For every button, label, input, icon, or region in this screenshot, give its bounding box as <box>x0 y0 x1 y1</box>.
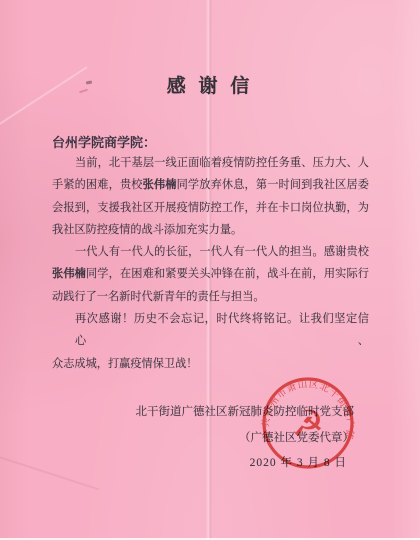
body-text: 同学，在困难和紧要关头冲锋在前，战斗在前，用实际行 <box>86 268 369 280</box>
letter-title: 感 谢 信 <box>0 71 420 98</box>
body-line: 我社区防控疫情的战斗添加充实力量。 <box>52 219 369 241</box>
body-line: 动践行了一名新时代新青年的责任与担当。 <box>52 286 369 308</box>
body-text: 当前，北干基层一线正面临着疫情防控任务重、压力大、人 <box>75 157 369 169</box>
letter-body: 当前，北干基层一线正面临着疫情防控任务重、压力大、人手紧的困难，贵校张伟楠同学放… <box>52 152 369 375</box>
body-text: 动践行了一名新时代新青年的责任与担当。 <box>52 291 265 303</box>
letter-paper: 感 谢 信 台州学院商学院： 当前，北干基层一线正面临着疫情防控任务重、压力大、… <box>0 0 420 540</box>
body-line: 张伟楠同学，在困难和紧要关头冲锋在前，战斗在前，用实际行 <box>52 263 369 285</box>
hammer-sickle-icon: ☭ <box>292 404 324 445</box>
body-line: 当前，北干基层一线正面临着疫情防控任务重、压力大、人 <box>52 152 369 174</box>
body-text: 会报到，支援我社区开展疫情防控工作，并在卡口岗位执勤，为 <box>52 202 369 214</box>
body-text: 再次感谢！历史不会忘记，时代终将铭记。让我们坚定信心、 <box>75 313 369 347</box>
body-line: 一代人有一代人的长征，一代人有一代人的担当。感谢贵校 <box>52 241 369 263</box>
body-text: 众志成城，打赢疫情保卫战！ <box>52 358 197 370</box>
student-name: 张伟楠 <box>52 268 86 280</box>
body-text: 同学放弃休息，第一时间到我社区居委 <box>177 179 369 191</box>
body-text: 手紧的困难，贵校 <box>52 179 143 191</box>
body-line: 会报到，支援我社区开展疫情防控工作，并在卡口岗位执勤，为 <box>52 197 369 219</box>
student-name: 张伟楠 <box>143 179 177 191</box>
letter-salutation: 台州学院商学院： <box>52 132 156 151</box>
body-text: 一代人有一代人的长征，一代人有一代人的担当。感谢贵校 <box>75 246 369 258</box>
paper-wrinkle <box>0 452 99 491</box>
body-line: 手紧的困难，贵校张伟楠同学放弃休息，第一时间到我社区居委 <box>52 174 369 196</box>
body-text: 我社区防控疫情的战斗添加充实力量。 <box>52 224 242 236</box>
body-line: 再次感谢！历史不会忘记，时代终将铭记。让我们坚定信心、 <box>52 308 369 353</box>
official-seal: 中共杭州市萧山区北干街道广德社区 ☭ <box>255 370 361 476</box>
